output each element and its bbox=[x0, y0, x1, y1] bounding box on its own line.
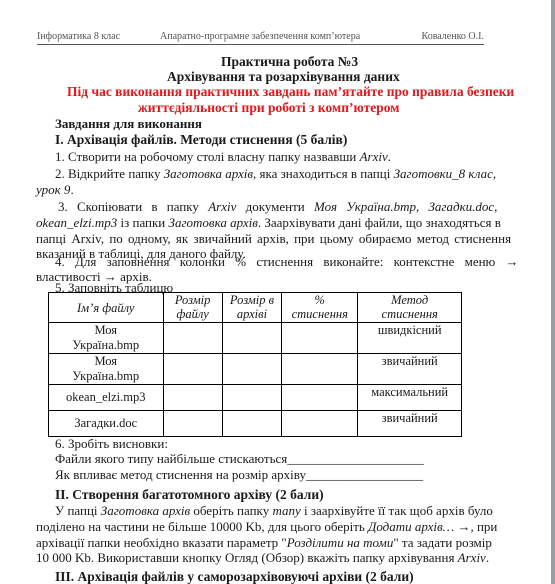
table-row: МояУкраїна.bmp швидкісний bbox=[49, 323, 462, 354]
task-2-line2: урок 9. bbox=[36, 182, 74, 198]
task-6: 6. Зробіть висновки: bbox=[55, 436, 168, 452]
conclusion-question-1: Файли якого типу найбільше стискаються__… bbox=[55, 451, 424, 467]
page-header: Інформатика 8 клас Апаратно-програмне за… bbox=[37, 29, 484, 45]
section2-line4: 10 000 Kb. Використавши кнопку Огляд (Об… bbox=[36, 550, 489, 566]
cell-percent[interactable] bbox=[282, 385, 358, 411]
task-4-line1: 4. Для заповнення колонки % стиснення ви… bbox=[55, 254, 519, 270]
cell-archive-size[interactable] bbox=[222, 385, 281, 411]
col-file-size: Розмірфайлу bbox=[163, 293, 222, 323]
cell-method: швидкісний bbox=[358, 323, 462, 354]
cell-archive-size[interactable] bbox=[222, 354, 281, 385]
conclusion-question-2: Як впливає метод стиснення на розмір арх… bbox=[55, 467, 423, 483]
cell-percent[interactable] bbox=[282, 323, 358, 354]
cell-method: звичайний bbox=[358, 411, 462, 437]
col-compression-method: Методстиснення bbox=[358, 293, 462, 323]
task-3-line2: okean_elzi.mp3 із папки Заготовка архів.… bbox=[36, 215, 501, 231]
table-row: okean_elzi.mp3 максимальний bbox=[49, 385, 462, 411]
compression-table: Ім’я файлу Розмірфайлу Розмір вархіві %с… bbox=[48, 292, 462, 437]
page-edge-scrollbar bbox=[551, 0, 555, 584]
cell-file-name: Загадки.doc bbox=[49, 411, 164, 437]
cell-percent[interactable] bbox=[282, 354, 358, 385]
table-row: Загадки.doc звичайний bbox=[49, 411, 462, 437]
col-archive-size: Розмір вархіві bbox=[222, 293, 281, 323]
safety-warning-line1: Під час виконання практичних завдань пам… bbox=[67, 84, 514, 100]
table-header-row: Ім’я файлу Розмірфайлу Розмір вархіві %с… bbox=[49, 293, 462, 323]
section1-heading: І. Архівація файлів. Методи стиснення (5… bbox=[55, 132, 347, 148]
cell-file-size[interactable] bbox=[163, 385, 222, 411]
task-3-line1: 3. Скопіювати в папку Arxiv документи Мо… bbox=[58, 199, 497, 215]
task-2-line1: 2. Відкрийте папку Заготовка архів, яка … bbox=[55, 166, 496, 182]
section3-heading: ІІІ. Архівація файлів у саморозархівовую… bbox=[55, 569, 414, 584]
cell-percent[interactable] bbox=[282, 411, 358, 437]
cell-file-name: МояУкраїна.bmp bbox=[49, 323, 164, 354]
cell-file-size[interactable] bbox=[163, 411, 222, 437]
table-row: МояУкраїна.bmp звичайний bbox=[49, 354, 462, 385]
header-author: Коваленко О.І. bbox=[422, 31, 484, 42]
col-file-name: Ім’я файлу bbox=[49, 293, 164, 323]
safety-warning-line2: життєдіяльності при роботі з комп’ютером bbox=[138, 100, 399, 116]
cell-archive-size[interactable] bbox=[222, 411, 281, 437]
task-1: 1. Створити на робочому столі власну пап… bbox=[55, 149, 391, 165]
cell-file-name: МояУкраїна.bmp bbox=[49, 354, 164, 385]
page-subtitle: Архівування та розархівування даних bbox=[167, 69, 400, 85]
cell-file-name: okean_elzi.mp3 bbox=[49, 385, 164, 411]
cell-method: максимальний bbox=[358, 385, 462, 411]
col-compression-percent: %стиснення bbox=[282, 293, 358, 323]
cell-method: звичайний bbox=[358, 354, 462, 385]
cell-archive-size[interactable] bbox=[222, 323, 281, 354]
cell-file-size[interactable] bbox=[163, 354, 222, 385]
page-title: Практична робота №3 bbox=[221, 54, 358, 70]
cell-file-size[interactable] bbox=[163, 323, 222, 354]
section2-line2: поділено на частини не більше 10000 Kb, … bbox=[36, 519, 497, 535]
task-3-line3: папці Arxiv, по одному, як звичайний арх… bbox=[36, 231, 511, 247]
section2-heading: ІІ. Створення багатотомного архіву (2 ба… bbox=[55, 487, 324, 503]
header-subject: Інформатика 8 клас bbox=[37, 31, 120, 42]
section2-line3: архівації папки необхідно вказати параме… bbox=[36, 535, 492, 551]
tasks-heading: Завдання для виконання bbox=[55, 116, 202, 132]
header-topic: Апаратно-програмне забезпечення комп’юте… bbox=[160, 31, 360, 42]
section2-line1: У папці Заготовка архів оберіть папку та… bbox=[55, 503, 493, 519]
